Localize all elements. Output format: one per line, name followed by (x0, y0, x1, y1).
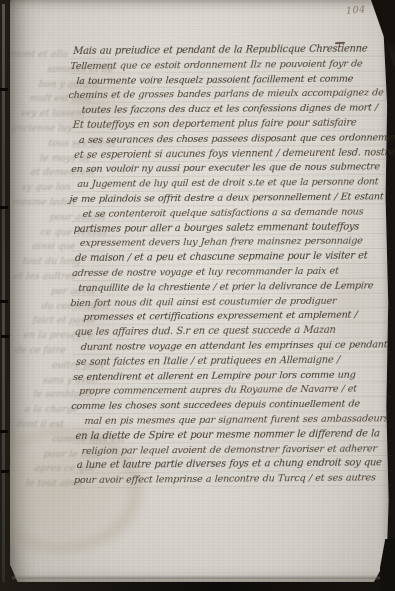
bleedthrough-text: sy que lon (21, 183, 71, 193)
bleedthrough-text: mesme ledict (12, 198, 77, 208)
page-bottom-edge (12, 576, 384, 579)
bleedthrough-text: dont il est (15, 420, 64, 430)
folio-number: 104 (346, 4, 367, 17)
manuscript-line: pour avoir effect lemprinse a lencontre … (73, 472, 390, 490)
bleedthrough-text: mont et alla (10, 50, 69, 60)
bleedthrough-text: ainsi que (31, 242, 76, 252)
bleedthrough-text: de ce faire (14, 346, 66, 356)
handwritten-text-block: Mais au preiudice et pendant de la Repub… (78, 43, 390, 498)
manuscript-photo: mont et allasommes et debon y autantmult… (0, 0, 395, 591)
bleedthrough-text: et les aultres (13, 272, 77, 282)
bleedthrough-text: ancienne luy (11, 124, 73, 134)
